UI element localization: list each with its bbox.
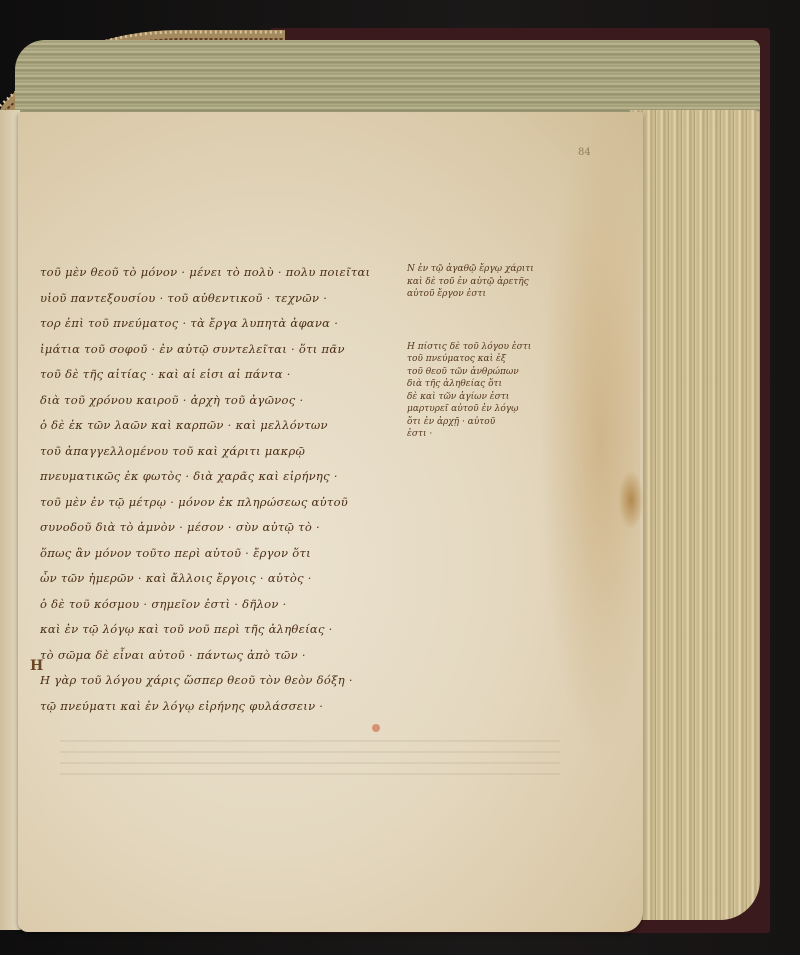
text-line: πνευματικῶς ἐκ φωτὸς · διὰ χαρᾶς καὶ εἰρ…	[40, 467, 400, 493]
folio-number: 84	[578, 147, 591, 158]
show-through-text	[60, 740, 560, 780]
text-line: καὶ ἐν τῷ λόγῳ καὶ τοῦ νοῦ περὶ τῆς ἀληθ…	[40, 620, 400, 646]
commentary-line: δὲ καὶ τῶν ἁγίων ἐστι	[407, 391, 587, 404]
commentary-line: τοῦ θεοῦ τῶν ἀνθρώπων	[407, 366, 587, 379]
commentary-line: ὅτι ἐν ἀρχῇ · αὐτοῦ	[407, 416, 587, 429]
text-line: υἱοῦ παντεξουσίου · τοῦ αὐθεντικοῦ · τεχ…	[40, 289, 400, 315]
commentary-line: Ν ἐν τῷ ἀγαθῷ ἔργῳ χάριτι	[407, 263, 587, 276]
text-line: Η γὰρ τοῦ λόγου χάρις ὥσπερ θεοῦ τὸν θεὸ…	[40, 671, 400, 697]
text-line: ἱμάτια τοῦ σοφοῦ · ἐν αὐτῷ συντελεῖται ·…	[40, 340, 400, 366]
text-line: ὁ δὲ ἐκ τῶν λαῶν καὶ καρπῶν · καὶ μελλόν…	[40, 416, 400, 442]
commentary-line: τοῦ πνεύματος καὶ ἐξ	[407, 353, 587, 366]
text-line: ὧν τῶν ἡμερῶν · καὶ ἄλλοις ἔργοις · αὐτὸ…	[40, 569, 400, 595]
text-line: τὸ σῶμα δὲ εἶναι αὐτοῦ · πάντως ἀπὸ τῶν …	[40, 646, 400, 672]
commentary-line: διὰ τῆς ἀληθείας ὅτι	[407, 378, 587, 391]
text-line: τοῦ μὲν θεοῦ τὸ μόνον · μένει τὸ πολὺ · …	[40, 263, 400, 289]
main-text-column: τοῦ μὲν θεοῦ τὸ μόνον · μένει τὸ πολὺ · …	[40, 263, 400, 722]
commentary-line: ἐστι ·	[407, 428, 587, 441]
stain-spot	[618, 470, 644, 530]
text-line: τῷ πνεύματι καὶ ἐν λόγῳ εἰρήνης φυλάσσει…	[40, 697, 400, 723]
text-line: συνοδοῦ διὰ τὸ ἀμνὸν · μέσον · σὺν αὐτῷ …	[40, 518, 400, 544]
top-page-edges	[15, 40, 760, 118]
commentary-line: Η πίστις δὲ τοῦ λόγου ἐστι	[407, 341, 587, 354]
text-line: τορ ἐπὶ τοῦ πνεύματος · τὰ ἔργα λυπητὰ ἀ…	[40, 314, 400, 340]
text-line: ὁ δὲ τοῦ κόσμου · σημεῖον ἐστὶ · δῆλον ·	[40, 595, 400, 621]
marginal-initial: Η	[30, 658, 43, 674]
text-line: ὅπως ἂν μόνον τοῦτο περὶ αὐτοῦ · ἔργον ὅ…	[40, 544, 400, 570]
commentary-line: αὐτοῦ ἔργον ἐστι	[407, 288, 587, 301]
commentary-column: Ν ἐν τῷ ἀγαθῷ ἔργῳ χάριτι καὶ δὲ τοῦ ἐν …	[407, 263, 587, 441]
commentary-line: καὶ δὲ τοῦ ἐν αὐτῷ ἀρετῆς	[407, 276, 587, 289]
text-line: τοῦ δὲ τῆς αἰτίας · καὶ αἱ εἰσι αἱ πάντα…	[40, 365, 400, 391]
fore-edge-pages	[630, 110, 760, 920]
commentary-line: μαρτυρεῖ αὐτοῦ ἐν λόγῳ	[407, 403, 587, 416]
text-line: τοῦ μὲν ἐν τῷ μέτρῳ · μόνον ἐκ πληρώσεως…	[40, 493, 400, 519]
red-ink-mark	[372, 724, 380, 732]
text-line: τοῦ ἀπαγγελλομένου τοῦ καὶ χάριτι μακρῷ	[40, 442, 400, 468]
text-line: διὰ τοῦ χρόνου καιροῦ · ἀρχὴ τοῦ ἀγῶνος …	[40, 391, 400, 417]
